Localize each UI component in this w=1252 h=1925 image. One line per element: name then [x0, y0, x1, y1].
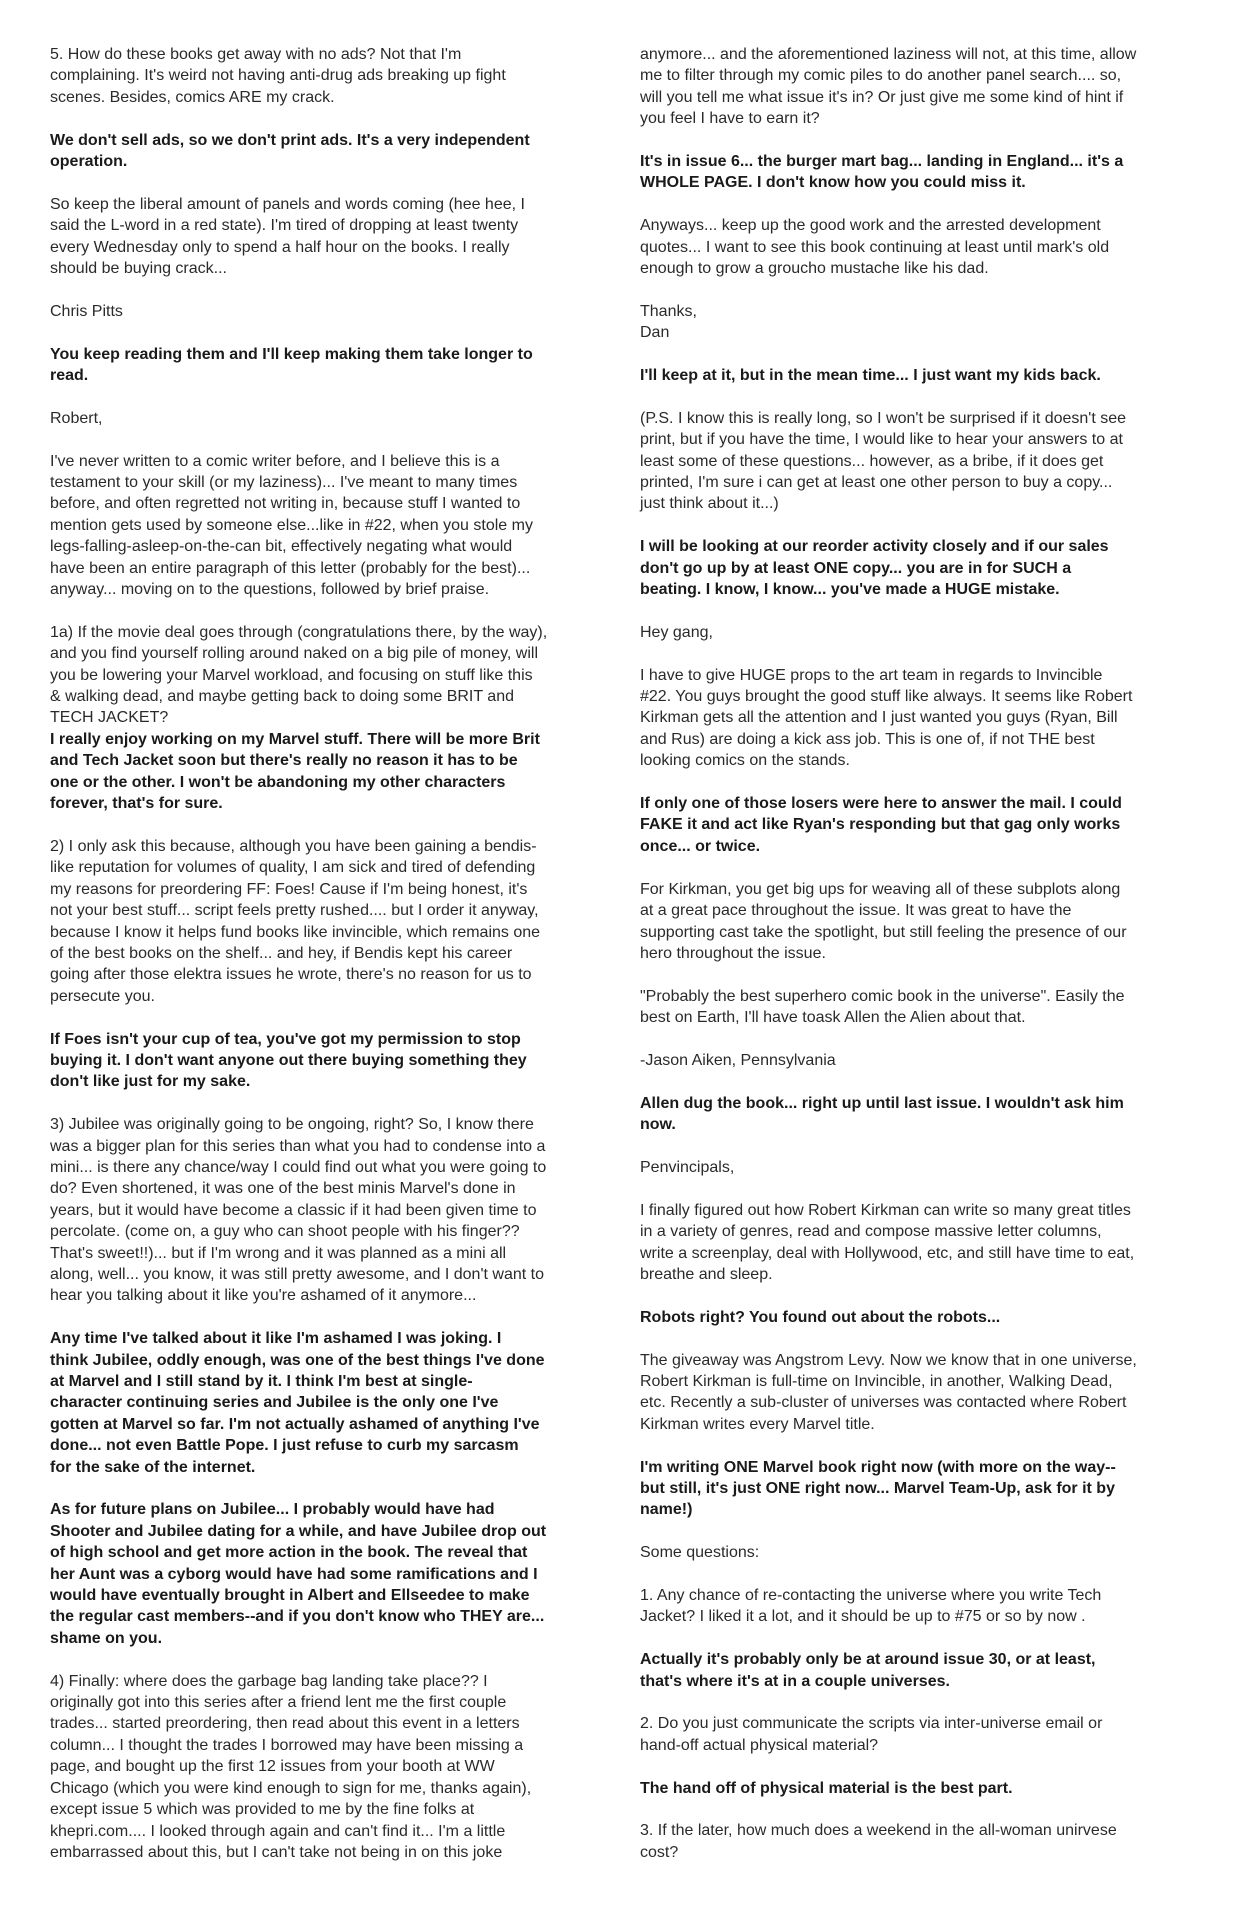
reply-paragraph: Allen dug the book... right up until las…	[640, 1093, 1210, 1136]
letter-question: 1. Any chance of re-contacting the unive…	[640, 1585, 1210, 1628]
reply-paragraph: You keep reading them and I'll keep maki…	[50, 344, 598, 387]
reply-paragraph: I'm writing ONE Marvel book right now (w…	[640, 1457, 1210, 1521]
reply-paragraph: Actually it's probably only be at around…	[640, 1649, 1210, 1692]
reply-paragraph: If only one of those losers were here to…	[640, 793, 1210, 857]
letter-question: 3) Jubilee was originally going to be on…	[50, 1114, 598, 1307]
letter-paragraph: 5. How do these books get away with no a…	[50, 44, 598, 108]
reply-paragraph: If Foes isn't your cup of tea, you've go…	[50, 1029, 598, 1093]
letter-paragraph: anymore... and the aforementioned lazine…	[640, 44, 1210, 130]
letter-postscript: (P.S. I know this is really long, so I w…	[640, 408, 1210, 515]
letters-column-page: 5. How do these books get away with no a…	[0, 0, 1252, 1925]
reply-paragraph: I really enjoy working on my Marvel stuf…	[50, 729, 598, 815]
letter-signature: -Jason Aiken, Pennsylvania	[640, 1050, 1210, 1071]
left-column: 5. How do these books get away with no a…	[50, 44, 598, 1885]
reply-paragraph: Robots right? You found out about the ro…	[640, 1307, 1210, 1328]
letter-signature: Thanks, Dan	[640, 301, 1210, 344]
letter-paragraph: Anyways... keep up the good work and the…	[640, 215, 1210, 279]
reply-paragraph: We don't sell ads, so we don't print ads…	[50, 130, 598, 173]
letter-salutation: Robert,	[50, 408, 598, 429]
letter-paragraph: I have to give HUGE props to the art tea…	[640, 665, 1210, 772]
letter-question: 3. If the later, how much does a weekend…	[640, 1820, 1210, 1863]
letter-paragraph: "Probably the best superhero comic book …	[640, 986, 1210, 1029]
letter-question: 1a) If the movie deal goes through (cong…	[50, 622, 598, 729]
letter-question: 2. Do you just communicate the scripts v…	[640, 1713, 1210, 1756]
right-column: anymore... and the aforementioned lazine…	[640, 44, 1210, 1885]
letter-paragraph: For Kirkman, you get big ups for weaving…	[640, 879, 1210, 965]
reply-paragraph: Any time I've talked about it like I'm a…	[50, 1328, 598, 1478]
reply-paragraph: It's in issue 6... the burger mart bag..…	[640, 151, 1210, 194]
reply-paragraph: As for future plans on Jubilee... I prob…	[50, 1499, 598, 1649]
letter-paragraph: Some questions:	[640, 1542, 1210, 1563]
letter-paragraph: So keep the liberal amount of panels and…	[50, 194, 598, 280]
reply-paragraph: The hand off of physical material is the…	[640, 1778, 1210, 1799]
letter-salutation: Penvincipals,	[640, 1157, 1210, 1178]
reply-paragraph: I will be looking at our reorder activit…	[640, 536, 1210, 600]
reply-paragraph: I'll keep at it, but in the mean time...…	[640, 365, 1210, 386]
letter-salutation: Hey gang,	[640, 622, 1210, 643]
letter-question: 4) Finally: where does the garbage bag l…	[50, 1671, 598, 1864]
letter-question: 2) I only ask this because, although you…	[50, 836, 598, 1007]
letter-paragraph: I've never written to a comic writer bef…	[50, 451, 598, 601]
letter-paragraph: I finally figured out how Robert Kirkman…	[640, 1200, 1210, 1286]
letter-paragraph: The giveaway was Angstrom Levy. Now we k…	[640, 1350, 1210, 1436]
letter-signature: Chris Pitts	[50, 301, 598, 322]
